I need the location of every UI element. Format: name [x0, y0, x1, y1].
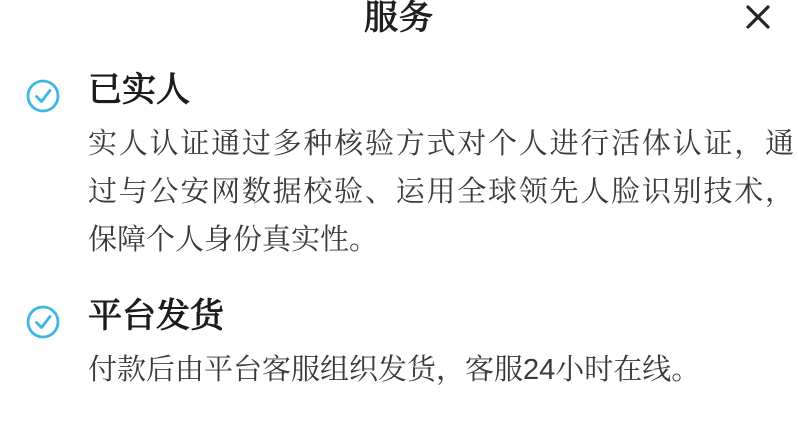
section-title: 已实人	[88, 70, 794, 110]
description-line: 保障个人身份真实性。	[88, 216, 794, 264]
service-item-body: 已实人 实人认证通过多种核验方式对个人进行活体认证，通过与公安网数据校验、运用全…	[88, 70, 794, 264]
page-title: 服务	[0, 0, 798, 39]
close-button[interactable]	[742, 1, 774, 33]
service-item-shipping: 平台发货 付款后由平台客服组织发货，客服24小时在线。	[26, 296, 794, 394]
service-sheet: 服务 已实人 实人认证通过多种核验方式对个人进行活体认证，通过与公安网数据校验、…	[0, 0, 798, 440]
circle-check-icon	[26, 305, 60, 339]
circle-check-icon	[26, 79, 60, 113]
close-icon	[744, 3, 772, 31]
service-item-body: 平台发货 付款后由平台客服组织发货，客服24小时在线。	[88, 296, 794, 394]
section-description: 实人认证通过多种核验方式对个人进行活体认证，通过与公安网数据校验、运用全球领先人…	[88, 120, 794, 264]
description-line: 过与公安网数据校验、运用全球领先人脸识别技术，	[88, 168, 794, 216]
section-title: 平台发货	[88, 296, 794, 336]
description-line: 实人认证通过多种核验方式对个人进行活体认证，通	[88, 120, 794, 168]
description-line: 付款后由平台客服组织发货，客服24小时在线。	[88, 346, 794, 394]
section-description: 付款后由平台客服组织发货，客服24小时在线。	[88, 346, 794, 394]
service-item-verified: 已实人 实人认证通过多种核验方式对个人进行活体认证，通过与公安网数据校验、运用全…	[26, 70, 794, 264]
